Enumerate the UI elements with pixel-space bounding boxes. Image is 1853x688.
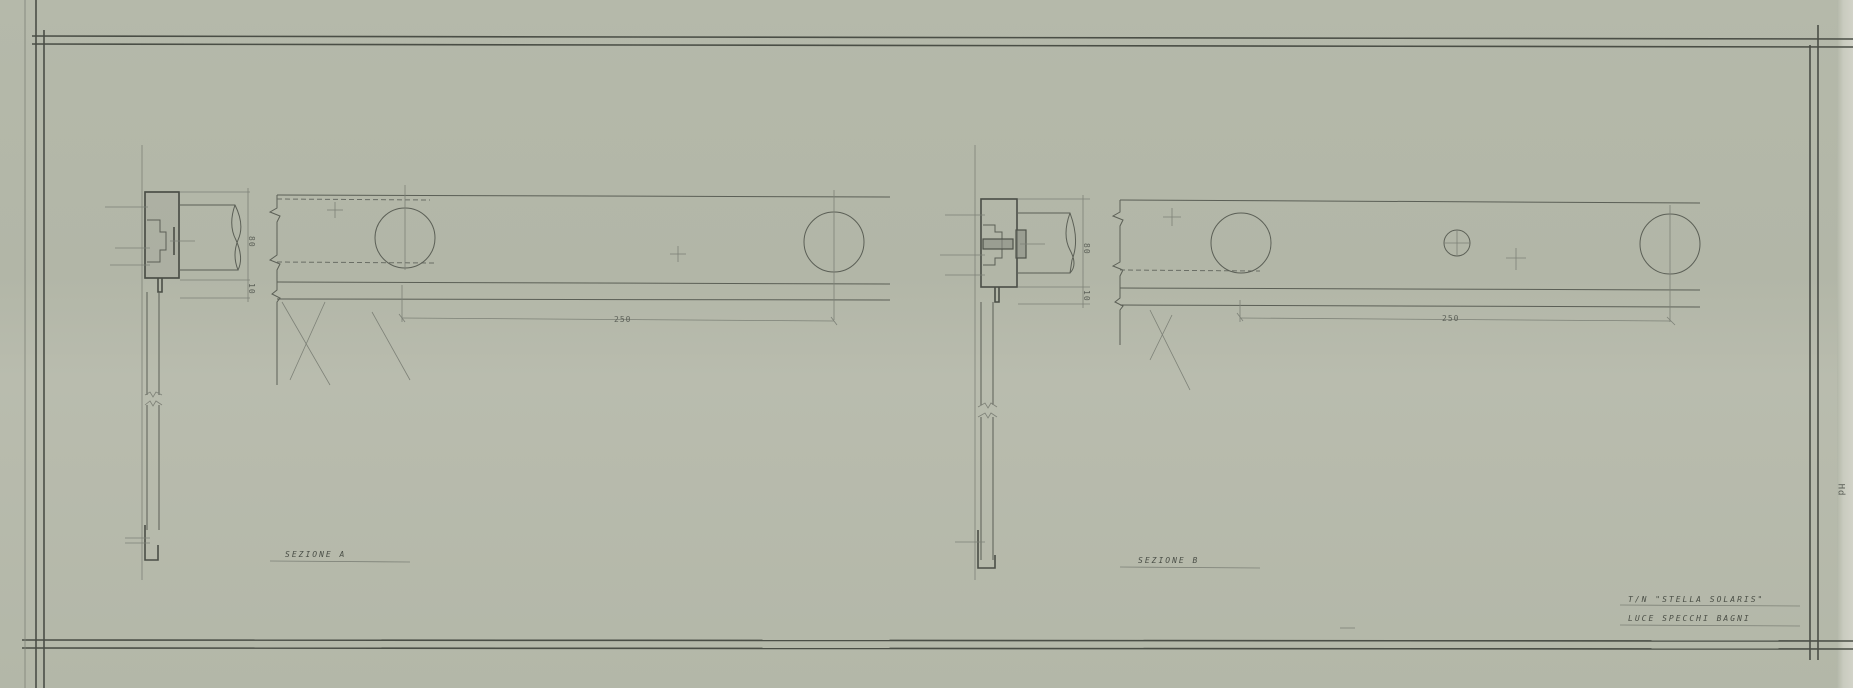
section-b-label: SEZIONE B [1138, 556, 1199, 565]
section-b-drawing [940, 145, 1700, 580]
section-a-spacing-dim: 250 [614, 315, 631, 324]
section-b-spacing-dim: 250 [1442, 314, 1459, 323]
edge-marking: Hd [1835, 484, 1845, 497]
section-a-height-dim: 80 [247, 236, 256, 248]
section-a-label: SEZIONE A [285, 550, 346, 559]
section-a-lower-dim: 10 [247, 283, 256, 295]
title-block-line2: LUCE SPECCHI BAGNI [1628, 614, 1751, 623]
title-block-line1: T/N "STELLA SOLARIS" [1628, 595, 1764, 604]
drawing-linework [0, 0, 1853, 688]
section-a-drawing [105, 145, 890, 580]
section-b-lower-dim: 10 [1082, 290, 1091, 302]
sheet-border [22, 0, 1853, 688]
section-b-height-dim: 80 [1082, 243, 1091, 255]
